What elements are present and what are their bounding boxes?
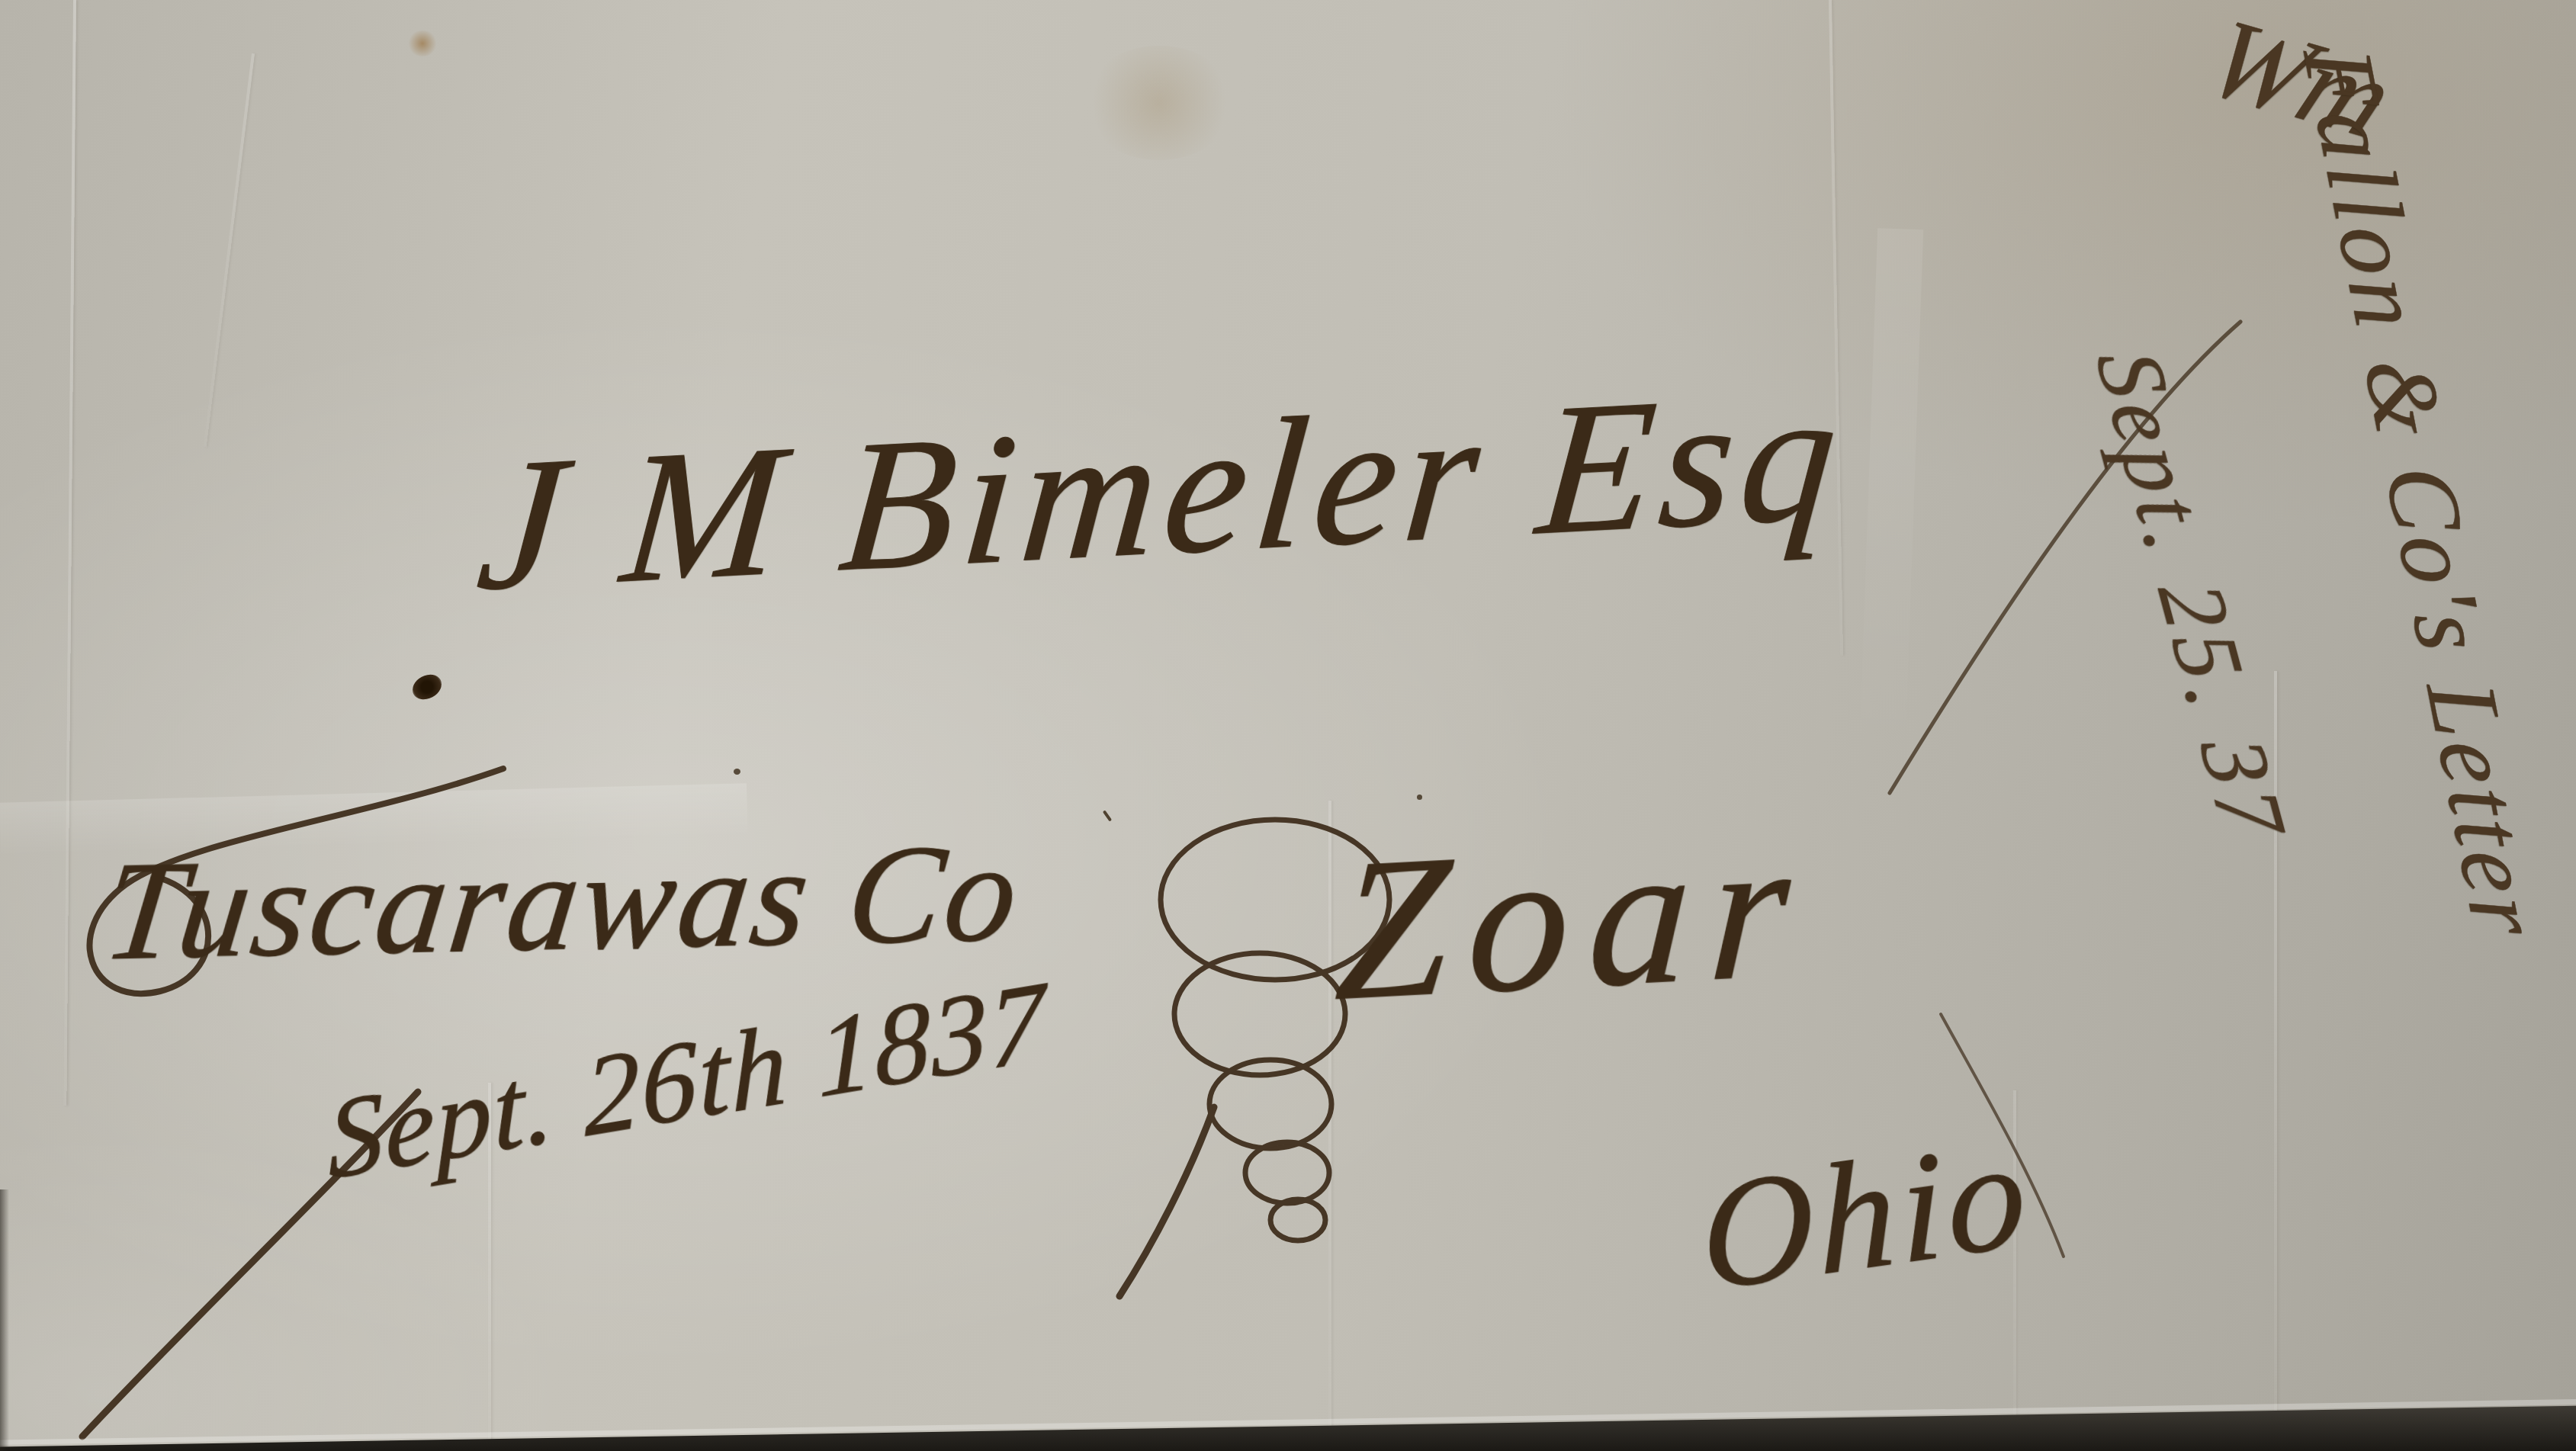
letter-photo: J M Bimeler Esq Tuscarawas Co Sept. 26th… bbox=[0, 0, 2576, 1451]
county-line: Tuscarawas Co bbox=[98, 821, 1028, 982]
town-name: Zoar bbox=[1331, 805, 1814, 1033]
flourish-seven-descender bbox=[1119, 1107, 1214, 1296]
table-left-sliver bbox=[0, 1189, 9, 1451]
